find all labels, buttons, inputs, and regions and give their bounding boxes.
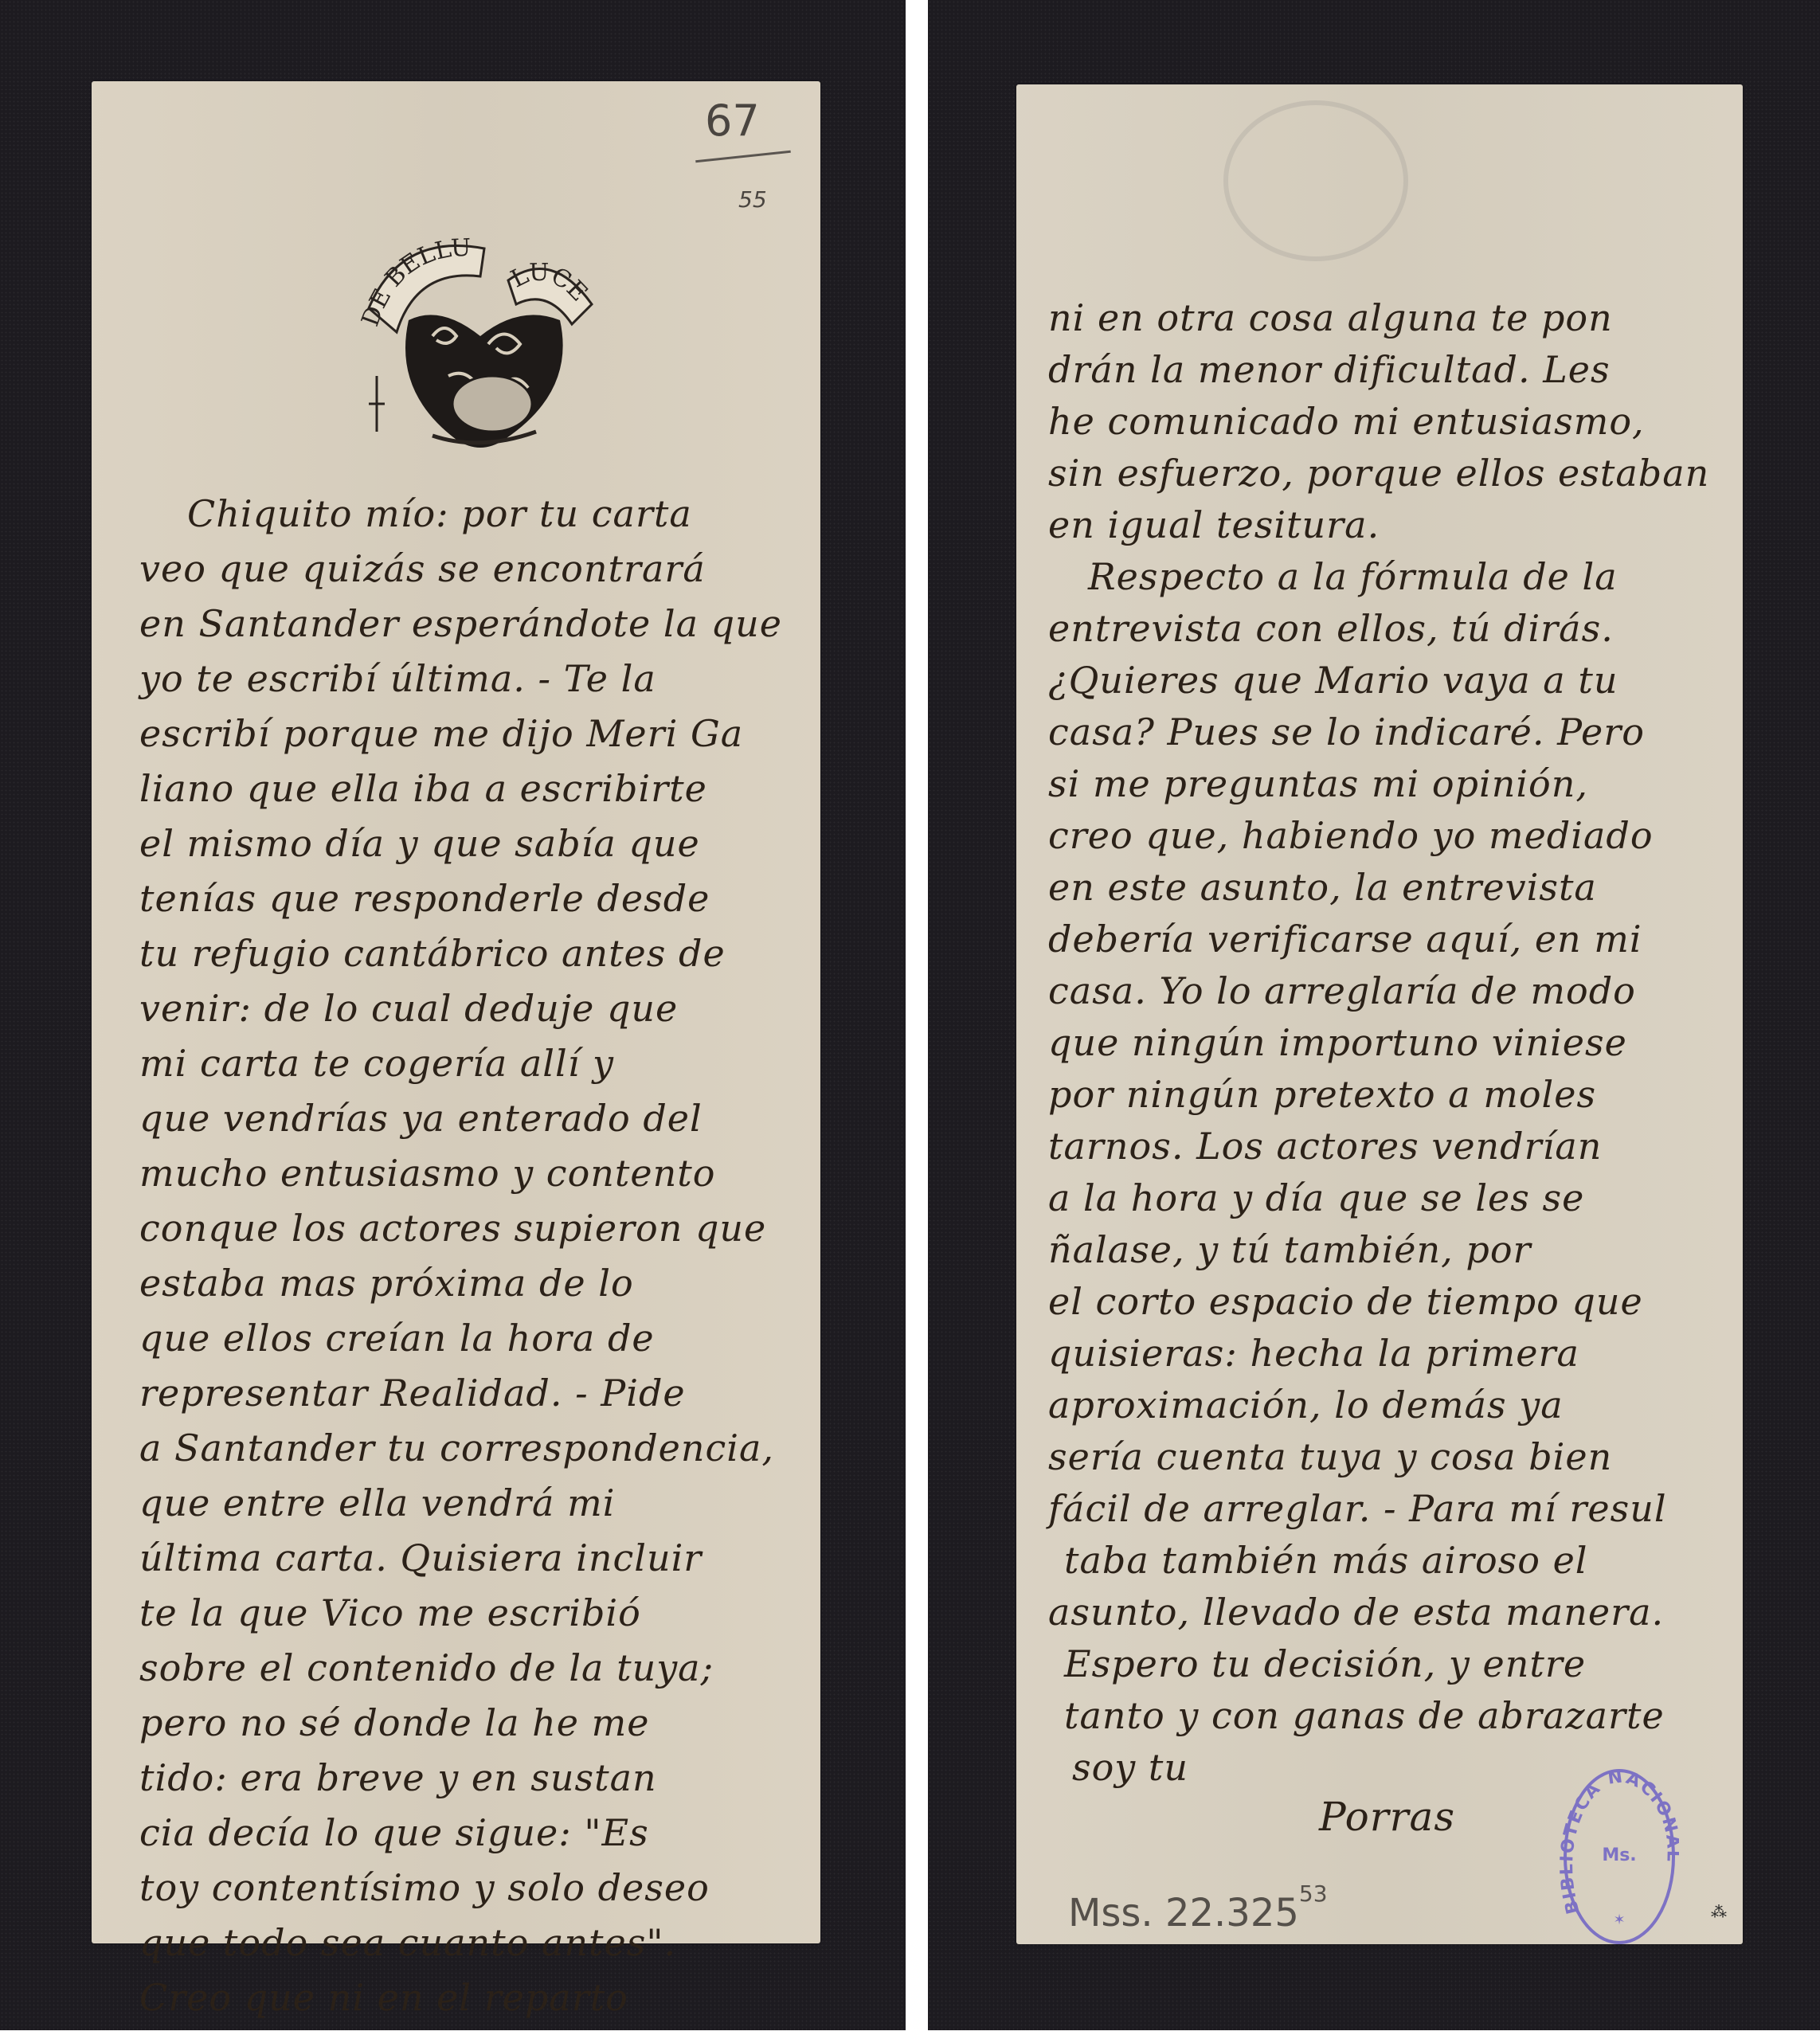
text-line: tarnos. Los actores vendrían xyxy=(1048,1128,1602,1164)
text-line: que entre ella vendrá mi xyxy=(139,1485,615,1521)
text-line: última carta. Quisiera incluir xyxy=(139,1540,702,1576)
text-line: te la que Vico me escribió xyxy=(139,1595,641,1631)
letter-page-left: 67 55 DE BELLUM LUCE Chiquito mío: por t… xyxy=(92,81,820,1943)
folio-number: 67 xyxy=(705,96,760,146)
text-line: Respecto a la fórmula de la xyxy=(1088,558,1618,595)
signature: Porras xyxy=(1319,1797,1455,1837)
text-line: ñalase, y tú también, por xyxy=(1048,1231,1532,1268)
text-line: casa? Pues se lo indicaré. Pero xyxy=(1048,714,1645,750)
text-line: que todo sea cuanto antes". xyxy=(139,1924,676,1961)
text-line: a la hora y día que se les se xyxy=(1048,1180,1584,1216)
text-line: que ningún importuno viniese xyxy=(1048,1024,1627,1061)
text-line: tido: era breve y en sustan xyxy=(139,1759,657,1796)
crest-motto-left: DE BELLUM xyxy=(345,233,472,330)
text-line: debería verificarse aquí, en mi xyxy=(1048,921,1642,957)
text-line: conque los actores supieron que xyxy=(139,1210,766,1246)
folio-underline xyxy=(695,151,791,163)
text-line: sería cuenta tuya y cosa bien xyxy=(1048,1438,1612,1475)
text-line: mucho entusiasmo y contento xyxy=(139,1155,715,1192)
text-line: yo te escribí última. - Te la xyxy=(139,660,656,697)
shelfmark-superscript: 53 xyxy=(1299,1880,1328,1907)
text-line: en este asunto, la entrevista xyxy=(1048,869,1597,906)
text-line: soy tu xyxy=(1072,1749,1188,1786)
text-line: en igual tesitura. xyxy=(1048,507,1380,543)
text-line: tu refugio cantábrico antes de xyxy=(139,935,726,972)
text-line: a Santander tu correspondencia, xyxy=(139,1430,774,1466)
text-line: tanto y con ganas de abrazarte xyxy=(1064,1697,1665,1734)
text-line: liano que ella iba a escribirte xyxy=(139,770,707,807)
svg-text:Ms.: Ms. xyxy=(1602,1845,1636,1865)
text-line: aproximación, lo demás ya xyxy=(1048,1387,1564,1423)
text-line: Creo que ni en el reparto xyxy=(139,1979,628,2016)
text-line: sobre el contenido de la tuya; xyxy=(139,1650,714,1686)
text-line: sin esfuerzo, porque ellos estaban xyxy=(1048,455,1709,491)
text-line: venir: de lo cual deduje que xyxy=(139,990,678,1027)
text-line: que ellos creían la hora de xyxy=(139,1320,655,1356)
text-line: que vendrías ya enterado del xyxy=(139,1100,703,1137)
text-line: creo que, habiendo yo mediado xyxy=(1048,817,1654,854)
text-line: Chiquito mío: por tu carta xyxy=(187,495,692,532)
svg-text:DE BELLUM: DE BELLUM xyxy=(345,233,472,330)
bleed-through-crest xyxy=(1223,100,1408,261)
text-line: ¿Quieres que Mario vaya a tu xyxy=(1048,662,1618,699)
text-line: si me preguntas mi opinión, xyxy=(1048,765,1588,802)
text-line: representar Realidad. - Pide xyxy=(139,1375,686,1411)
text-line: el mismo día y que sabía que xyxy=(139,825,700,862)
folio-sub-number: 55 xyxy=(738,186,767,213)
text-line: estaba mas próxima de lo xyxy=(139,1265,634,1301)
text-line: ni en otra cosa alguna te pon xyxy=(1048,299,1613,336)
text-line: casa. Yo lo arreglaría de modo xyxy=(1048,973,1636,1009)
text-line: mi carta te cogería allí y xyxy=(139,1045,614,1082)
svg-text:✶: ✶ xyxy=(1613,1912,1625,1928)
text-line: he comunicado mi entusiasmo, xyxy=(1048,403,1645,440)
shelfmark-number: Mss. 22.325 xyxy=(1068,1891,1299,1935)
text-line: veo que quizás se encontrará xyxy=(139,550,706,587)
text-line: fácil de arreglar. - Para mí resul xyxy=(1048,1490,1667,1527)
text-line: asunto, llevado de esta manera. xyxy=(1048,1594,1664,1630)
text-line: el corto espacio de tiempo que xyxy=(1048,1283,1643,1320)
text-line: por ningún pretexto a moles xyxy=(1048,1076,1596,1113)
text-line: cia decía lo que sigue: "Es xyxy=(139,1814,649,1851)
text-line: entrevista con ellos, tú dirás. xyxy=(1048,610,1614,647)
edge-mark: ⁂ xyxy=(1711,1902,1727,1921)
shelfmark: Mss. 22.32553 xyxy=(1068,1891,1328,1935)
text-line: Espero tu decisión, y entre xyxy=(1064,1646,1586,1682)
text-line: pero no sé donde la he me xyxy=(139,1704,650,1741)
letter-page-right: ni en otra cosa alguna te pon drán la me… xyxy=(1016,84,1743,1944)
text-line: tenías que responderle desde xyxy=(139,880,710,917)
text-line: escribí porque me dijo Meri Ga xyxy=(139,715,743,752)
text-line: taba también más airoso el xyxy=(1064,1542,1588,1579)
text-line: en Santander esperándote la que xyxy=(139,605,782,642)
svg-text:BIBLIOTECA NACIONAL: BIBLIOTECA NACIONAL xyxy=(1560,1767,1679,1916)
letterhead-crest-icon: DE BELLUM LUCE xyxy=(345,233,616,472)
library-stamp-icon: BIBLIOTECA NACIONAL Ms. ✶ xyxy=(1560,1765,1679,1948)
text-line: quisieras: hecha la primera xyxy=(1048,1335,1579,1372)
text-line: toy contentísimo y solo deseo xyxy=(139,1869,710,1906)
text-line: drán la menor dificultad. Les xyxy=(1048,351,1611,388)
